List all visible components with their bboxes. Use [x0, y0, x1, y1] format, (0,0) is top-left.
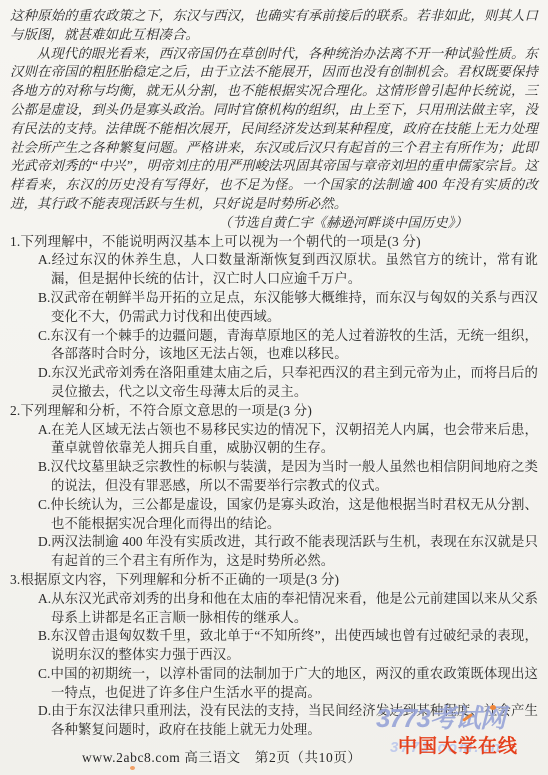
- question-3-option-d: D.由于东汉法律只重刑法，没有民法的支持，当民间经济发达到某种程度、社会产生各种…: [51, 702, 538, 740]
- question-1-stem: 1.下列理解中，不能说明两汉基本上可以视为一个朝代的一项是(3 分): [10, 233, 538, 252]
- reading-passage: 这种原始的重农政策之下，东汉与西汉，也确实有承前接后的联系。若非如此，则其人口与…: [10, 7, 538, 233]
- question-3-option-b: B.东汉曾击退匈奴数千里，致北单于“不知所终”，出使西域也曾有过破纪录的表现，说…: [51, 627, 538, 665]
- question-3: 3.根据原文内容，下列理解和分析不正确的一项是(3 分) A.从东汉光武帝刘秀的…: [10, 571, 538, 740]
- question-2-option-d: D.两汉法制逾 400 年没有实质改进，其行政不能表现活跃与生机，表现在东汉就是…: [51, 533, 538, 571]
- question-1-option-c: C.东汉有一个棘手的边疆问题，青海草原地区的羌人过着游牧的生活，无统一组织，各部…: [51, 327, 538, 365]
- exam-page: 这种原始的重农政策之下，东汉与西汉，也确实有承前接后的联系。若非如此，则其人口与…: [0, 0, 548, 775]
- question-2: 2.下列理解和分析，不符合原文意思的一项是(3 分) A.在羌人区域无法占领也不…: [10, 402, 538, 571]
- question-3-option-c: C.中国的初期统一，以淳朴雷同的法制加于广大的地区，两汉的重农政策既体现出这一特…: [51, 665, 538, 703]
- question-2-option-c: C.仲长统认为，三公都是虚设，国家仍是寡头政治，这是他根据当时君权无从分割、也不…: [51, 496, 538, 534]
- page-footer: www.2abc8.com 高三语文 第2页（共10页）: [82, 746, 362, 766]
- question-3-option-a: A.从东汉光武帝刘秀的出身和他在太庙的奉祀情况来看，他是公元前建国以来从父系母系…: [51, 590, 538, 628]
- passage-paragraph: 从现代的眼光看来，西汉帝国仍在草创时代，各种统治办法离不开一种试验性质。东汉则在…: [10, 45, 538, 214]
- question-1-option-b: B.汉武帝在朝鲜半岛开拓的立足点，东汉能够大概维持，而东汉与匈奴的关系与西汉变化…: [51, 289, 538, 327]
- question-2-option-a: A.在羌人区域无法占领也不易移民实边的情况下，汉朝招羌人内属，也会带来后患，董卓…: [51, 421, 538, 459]
- watermark-url: 3773.com.cn: [390, 739, 502, 756]
- question-1: 1.下列理解中，不能说明两汉基本上可以视为一个朝代的一项是(3 分) A.经过东…: [10, 233, 538, 402]
- question-3-stem: 3.根据原文内容，下列理解和分析不正确的一项是(3 分): [10, 571, 538, 590]
- scan-artifact-dot: [130, 766, 135, 770]
- question-2-option-b: B.汉代坟墓里缺乏宗教性的标帜与装潢，是因为当时一般人虽然也相信阴间地府之类的说…: [51, 458, 538, 496]
- passage-source-citation: （节选自黄仁宇《赫逊河畔谈中国历史》）: [10, 214, 538, 233]
- question-1-option-a: A.经过东汉的休养生息，人口数量渐渐恢复到西汉原状。虽然官方的统计，常有讹漏，但…: [51, 251, 538, 289]
- passage-paragraph-continued: 这种原始的重农政策之下，东汉与西汉，也确实有承前接后的联系。若非如此，则其人口与…: [10, 7, 538, 45]
- question-2-stem: 2.下列理解和分析，不符合原文意思的一项是(3 分): [10, 402, 538, 421]
- question-1-option-d: D.东汉光武帝刘秀在洛阳重建太庙之后，只奉祀西汉的君主到元帝为止，而将吕后的灵位…: [51, 364, 538, 402]
